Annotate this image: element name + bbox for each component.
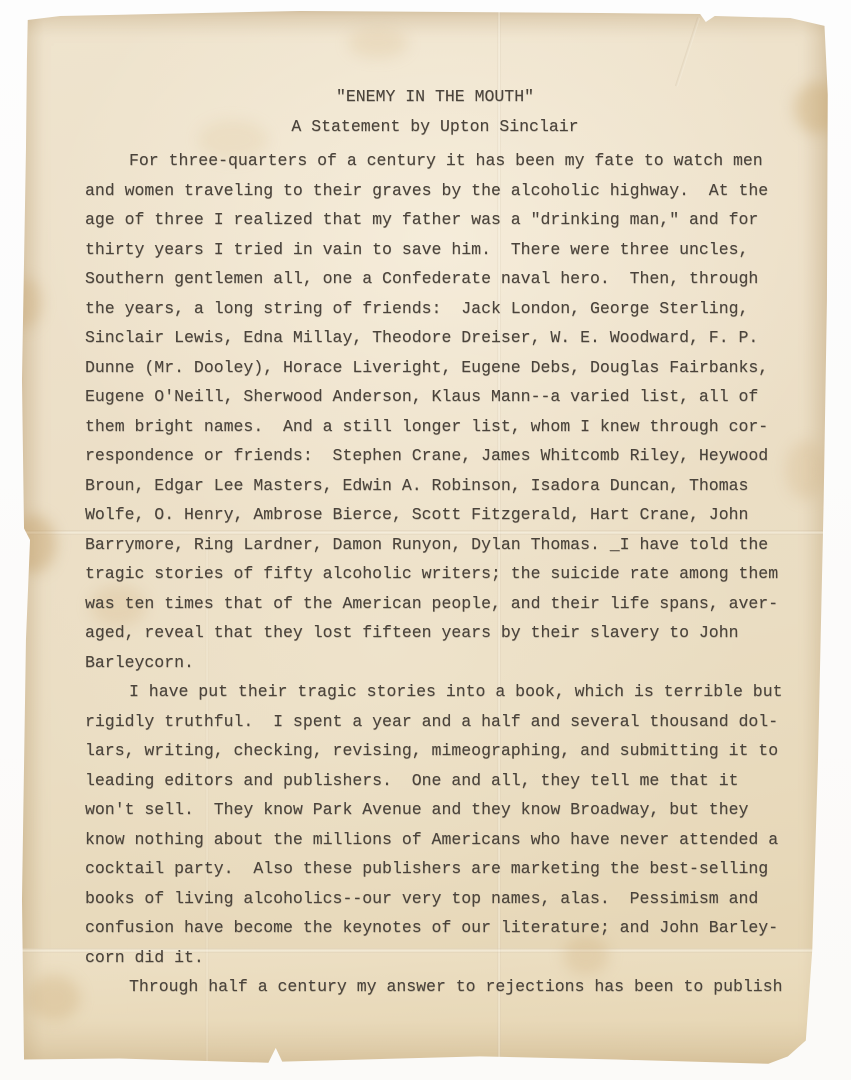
document-subtitle: A Statement by Upton Sinclair bbox=[85, 112, 785, 142]
text-line: For three-quarters of a century it has b… bbox=[85, 146, 785, 176]
text-line: know nothing about the millions of Ameri… bbox=[85, 825, 785, 855]
text-line: Southern gentlemen all, one a Confederat… bbox=[85, 264, 785, 294]
text-line: Broun, Edgar Lee Masters, Edwin A. Robin… bbox=[85, 471, 785, 501]
text-line: tragic stories of fifty alcoholic writer… bbox=[85, 559, 785, 589]
text-line: books of living alcoholics--our very top… bbox=[85, 884, 785, 914]
stain bbox=[8, 278, 42, 328]
text-line: lars, writing, checking, revising, mimeo… bbox=[85, 736, 785, 766]
text-line: and women traveling to their graves by t… bbox=[85, 176, 785, 206]
text-line: won't sell. They know Park Avenue and th… bbox=[85, 795, 785, 825]
stain bbox=[348, 28, 408, 58]
document-body: For three-quarters of a century it has b… bbox=[85, 146, 785, 1002]
text-line: thirty years I tried in vain to save him… bbox=[85, 235, 785, 265]
text-line: Eugene O'Neill, Sherwood Anderson, Klaus… bbox=[85, 382, 785, 412]
stain bbox=[786, 440, 826, 500]
text-line: respondence or friends: Stephen Crane, J… bbox=[85, 441, 785, 471]
text-line: the years, a long string of friends: Jac… bbox=[85, 294, 785, 324]
text-line: cocktail party. Also these publishers ar… bbox=[85, 854, 785, 884]
photo-background: "ENEMY IN THE MOUTH" A Statement by Upto… bbox=[0, 0, 851, 1080]
text-line: Barrymore, Ring Lardner, Damon Runyon, D… bbox=[85, 530, 785, 560]
document-text: "ENEMY IN THE MOUTH" A Statement by Upto… bbox=[85, 82, 785, 1002]
text-line: rigidly truthful. I spent a year and a h… bbox=[85, 707, 785, 737]
corner-crease bbox=[675, 17, 700, 86]
text-line: I have put their tragic stories into a b… bbox=[85, 677, 785, 707]
document-page: "ENEMY IN THE MOUTH" A Statement by Upto… bbox=[18, 10, 831, 1068]
text-line: Wolfe, O. Henry, Ambrose Bierce, Scott F… bbox=[85, 500, 785, 530]
text-line: confusion have become the keynotes of ou… bbox=[85, 913, 785, 943]
text-line: corn did it. bbox=[85, 943, 785, 973]
text-line: age of three I realized that my father w… bbox=[85, 205, 785, 235]
text-line: was ten times that of the American peopl… bbox=[85, 589, 785, 619]
text-line: Barleycorn. bbox=[85, 648, 785, 678]
stain bbox=[28, 975, 80, 1021]
text-line: Sinclair Lewis, Edna Millay, Theodore Dr… bbox=[85, 323, 785, 353]
text-line: them bright names. And a still longer li… bbox=[85, 412, 785, 442]
text-line: Through half a century my answer to reje… bbox=[85, 972, 785, 1002]
text-line: aged, reveal that they lost fifteen year… bbox=[85, 618, 785, 648]
stain bbox=[794, 82, 842, 134]
text-line: leading editors and publishers. One and … bbox=[85, 766, 785, 796]
text-line: Dunne (Mr. Dooley), Horace Liveright, Eu… bbox=[85, 353, 785, 383]
stain bbox=[10, 515, 56, 573]
document-title: "ENEMY IN THE MOUTH" bbox=[85, 82, 785, 112]
